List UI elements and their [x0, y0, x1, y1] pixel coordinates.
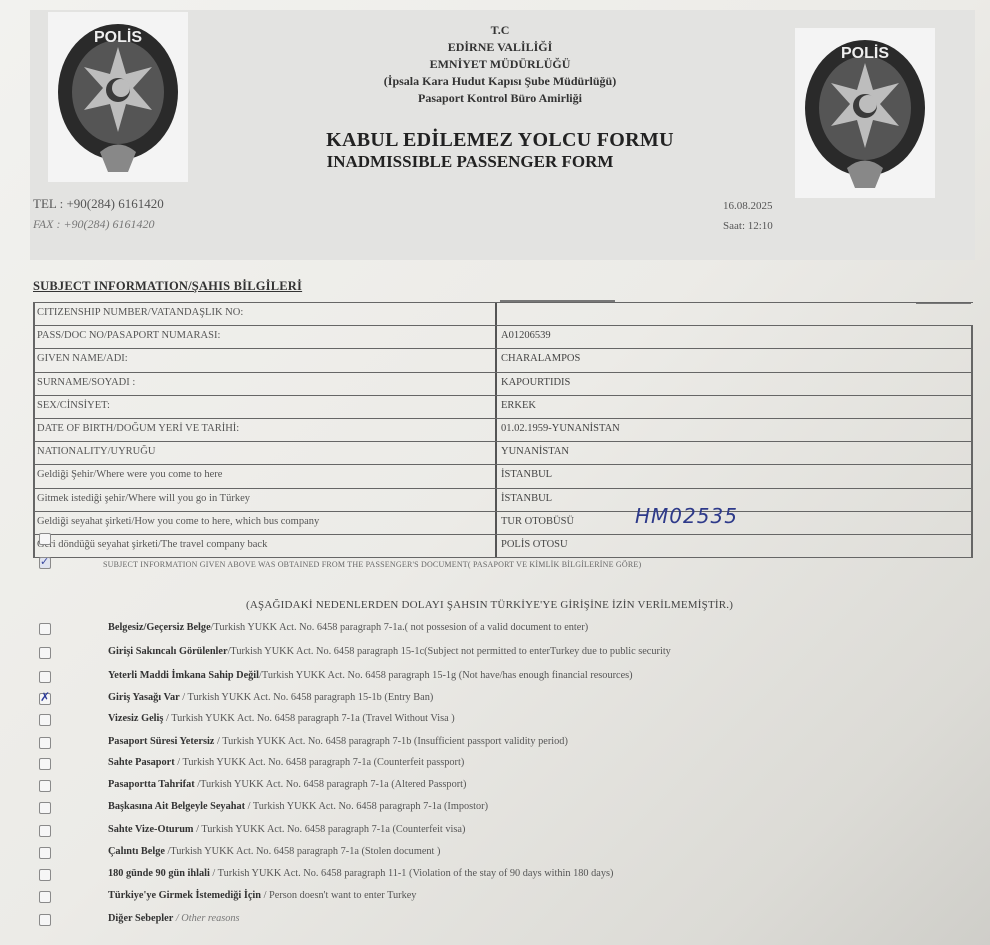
- reason-checkbox[interactable]: [39, 914, 51, 926]
- reason-item: Belgesiz/Geçersiz Belge/Turkish YUKK Act…: [108, 622, 588, 633]
- reason-checkbox[interactable]: [39, 714, 51, 726]
- reason-title: Belgesiz/Geçersiz Belge: [108, 622, 211, 633]
- subject-info-table: CITIZENSHIP NUMBER/VATANDAŞLIK NO:PASS/D…: [33, 302, 973, 558]
- police-badge-icon: POLİS: [48, 12, 188, 182]
- field-label: PASS/DOC NO/PASAPORT NUMARASI:: [35, 326, 497, 348]
- table-row: NATIONALITY/UYRUĞUYUNANİSTAN: [35, 442, 973, 465]
- reason-checkbox[interactable]: [39, 802, 51, 814]
- field-label: Geri döndüğü seyahat şirketi/The travel …: [35, 535, 497, 557]
- reason-title: Girişi Sakıncalı Görülenler: [108, 646, 228, 657]
- reason-item: 180 günde 90 gün ihlali / Turkish YUKK A…: [108, 868, 613, 879]
- form-title-turkish: KABUL EDİLEMEZ YOLCU FORMU: [230, 129, 770, 152]
- table-row: Geldiği seyahat şirketi/How you come to …: [35, 512, 973, 535]
- reason-checkbox[interactable]: [39, 737, 51, 749]
- table-row: Geri döndüğü seyahat şirketi/The travel …: [35, 535, 973, 558]
- reason-legal-basis: / Turkish YUKK Act. No. 6458 paragraph 7…: [163, 713, 454, 724]
- confirm-checkbox[interactable]: [39, 557, 51, 569]
- reason-legal-basis: / Turkish YUKK Act. No. 6458 paragraph 7…: [194, 824, 466, 835]
- contact-info: TEL : +90(284) 6161420 FAX : +90(284) 61…: [33, 193, 164, 235]
- reason-item: Çalıntı Belge /Turkish YUKK Act. No. 645…: [108, 846, 440, 857]
- form-title-english: INADMISSIBLE PASSENGER FORM: [230, 152, 770, 172]
- reason-item: Başkasına Ait Belgeyle Seyahat / Turkish…: [108, 801, 488, 812]
- header-titles: T.C EDİRNE VALİLİĞİ EMNİYET MÜDÜRLÜĞÜ (İ…: [230, 22, 770, 172]
- telephone: TEL : +90(284) 6161420: [33, 193, 164, 214]
- reason-checkbox[interactable]: [39, 891, 51, 903]
- svg-text:POLİS: POLİS: [841, 44, 889, 62]
- field-label: Gitmek istediği şehir/Where will you go …: [35, 489, 497, 511]
- field-label: SEX/CİNSİYET:: [35, 396, 497, 418]
- field-value: ERKEK: [497, 396, 973, 418]
- reason-legal-basis: /Turkish YUKK Act. No. 6458 paragraph 15…: [228, 646, 671, 657]
- reason-item: Diğer Sebepler / Other reasons: [108, 913, 240, 924]
- field-value-text: POLİS OTOSU: [501, 539, 568, 550]
- reason-title: Başkasına Ait Belgeyle Seyahat: [108, 801, 245, 812]
- reason-legal-basis: / Turkish YUKK Act. No. 6458 paragraph 7…: [245, 801, 488, 812]
- field-value-text: KAPOURTIDIS: [501, 377, 570, 388]
- field-value-text: TUR OTOBÜSÜ: [501, 516, 574, 527]
- reason-legal-basis: / Turkish YUKK Act. No. 6458 paragraph 1…: [210, 868, 614, 879]
- field-value: İSTANBUL: [497, 465, 973, 487]
- reasons-heading: (AŞAĞIDAKİ NEDENLERDEN DOLAYI ŞAHSIN TÜR…: [246, 599, 733, 611]
- reason-title: Yeterli Maddi İmkana Sahip Değil: [108, 670, 259, 681]
- reason-item: Giriş Yasağı Var / Turkish YUKK Act. No.…: [108, 692, 433, 703]
- reason-item: Vizesiz Geliş / Turkish YUKK Act. No. 64…: [108, 713, 455, 724]
- field-value: KAPOURTIDIS: [497, 373, 973, 395]
- header-line-police-directorate: EMNİYET MÜDÜRLÜĞÜ: [230, 56, 770, 73]
- reason-legal-basis: / Turkish YUKK Act. No. 6458 paragraph 7…: [175, 757, 465, 768]
- reason-legal-basis: / Turkish YUKK Act. No. 6458 paragraph 7…: [214, 736, 567, 747]
- header-line-tc: T.C: [230, 22, 770, 39]
- field-value-text: 01.02.1959-YUNANİSTAN: [501, 423, 620, 434]
- field-value: TUR OTOBÜSÜHM02535: [497, 512, 973, 534]
- field-value-text: İSTANBUL: [501, 493, 552, 504]
- table-row: Geldiği Şehir/Where were you come to her…: [35, 465, 973, 488]
- reason-checkbox[interactable]: [39, 758, 51, 770]
- reason-title: Vizesiz Geliş: [108, 713, 163, 724]
- reason-title: Türkiye'ye Girmek İstemediği İçin: [108, 890, 261, 901]
- reason-item: Türkiye'ye Girmek İstemediği İçin / Pers…: [108, 890, 416, 901]
- field-label: CITIZENSHIP NUMBER/VATANDAŞLIK NO:: [35, 303, 497, 325]
- reason-checkbox[interactable]: [39, 869, 51, 881]
- reason-checkbox[interactable]: [39, 825, 51, 837]
- date-time: 16.08.2025 Saat: 12:10: [723, 196, 773, 236]
- subject-section-title: SUBJECT INFORMATION/ŞAHIS BİLGİLERİ: [33, 279, 302, 294]
- reason-item: Sahte Pasaport / Turkish YUKK Act. No. 6…: [108, 757, 464, 768]
- reason-checkbox[interactable]: [39, 623, 51, 635]
- reason-title: Pasaport Süresi Yetersiz: [108, 736, 214, 747]
- reason-title: Sahte Pasaport: [108, 757, 175, 768]
- field-value-text: YUNANİSTAN: [501, 446, 569, 457]
- handwritten-bus-plate: HM02535: [635, 506, 738, 526]
- police-badge-icon: POLİS: [795, 28, 935, 198]
- field-label: Geldiği Şehir/Where were you come to her…: [35, 465, 497, 487]
- field-label: DATE OF BIRTH/DOĞUM YERİ VE TARİHİ:: [35, 419, 497, 441]
- reason-title: Diğer Sebepler: [108, 913, 173, 924]
- reason-item: Pasaportta Tahrifat /Turkish YUKK Act. N…: [108, 779, 466, 790]
- blank-checkbox[interactable]: [39, 533, 51, 545]
- reason-legal-basis: /Turkish YUKK Act. No. 6458 paragraph 7-…: [165, 846, 441, 857]
- field-value: CHARALAMPOS: [497, 349, 973, 371]
- reason-checkbox[interactable]: [39, 647, 51, 659]
- reason-legal-basis: / Turkish YUKK Act. No. 6458 paragraph 1…: [180, 692, 434, 703]
- reason-checkbox[interactable]: [39, 847, 51, 859]
- reason-title: Pasaportta Tahrifat: [108, 779, 195, 790]
- header-line-office: Pasaport Kontrol Büro Amirliği: [230, 90, 770, 107]
- field-label: SURNAME/SOYADI :: [35, 373, 497, 395]
- reason-checkbox[interactable]: [39, 780, 51, 792]
- reason-item: Yeterli Maddi İmkana Sahip Değil/Turkish…: [108, 670, 633, 681]
- reason-legal-basis: / Other reasons: [173, 913, 239, 924]
- field-label: Geldiği seyahat şirketi/How you come to …: [35, 512, 497, 534]
- field-label: GIVEN NAME/ADI:: [35, 349, 497, 371]
- field-value-text: İSTANBUL: [501, 469, 552, 480]
- reason-checkbox[interactable]: [39, 671, 51, 683]
- field-value: 01.02.1959-YUNANİSTAN: [497, 419, 973, 441]
- reason-item: Pasaport Süresi Yetersiz / Turkish YUKK …: [108, 736, 568, 747]
- field-value-text: A01206539: [501, 330, 551, 341]
- field-value: POLİS OTOSU: [497, 535, 973, 557]
- fax: FAX : +90(284) 6161420: [33, 214, 164, 235]
- reason-legal-basis: /Turkish YUKK Act. No. 6458 paragraph 7-…: [195, 779, 467, 790]
- police-badge-logo-right: POLİS: [795, 28, 935, 198]
- table-row: SEX/CİNSİYET:ERKEK: [35, 396, 973, 419]
- field-value: A01206539: [497, 326, 973, 348]
- header-line-branch: (İpsala Kara Hudut Kapısı Şube Müdürlüğü…: [230, 73, 770, 90]
- confirm-statement: SUBJECT INFORMATION GIVEN ABOVE WAS OBTA…: [103, 560, 641, 569]
- form-time: Saat: 12:10: [723, 216, 773, 236]
- table-row: GIVEN NAME/ADI:CHARALAMPOS: [35, 349, 973, 372]
- table-row: SURNAME/SOYADI :KAPOURTIDIS: [35, 373, 973, 396]
- table-row: Gitmek istediği şehir/Where will you go …: [35, 489, 973, 512]
- header-line-governorship: EDİRNE VALİLİĞİ: [230, 39, 770, 56]
- reason-checkbox[interactable]: [39, 693, 51, 705]
- svg-text:POLİS: POLİS: [94, 28, 142, 46]
- table-row: CITIZENSHIP NUMBER/VATANDAŞLIK NO:: [35, 302, 973, 326]
- table-row: PASS/DOC NO/PASAPORT NUMARASI:A01206539: [35, 326, 973, 349]
- field-value: YUNANİSTAN: [497, 442, 973, 464]
- reason-item: Girişi Sakıncalı Görülenler/Turkish YUKK…: [108, 646, 671, 657]
- reason-title: Giriş Yasağı Var: [108, 692, 180, 703]
- reason-legal-basis: / Person doesn't want to enter Turkey: [261, 890, 416, 901]
- reason-item: Sahte Vize-Oturum / Turkish YUKK Act. No…: [108, 824, 465, 835]
- reason-legal-basis: /Turkish YUKK Act. No. 6458 paragraph 7-…: [211, 622, 589, 633]
- reason-legal-basis: /Turkish YUKK Act. No. 6458 paragraph 15…: [259, 670, 633, 681]
- field-value: [497, 303, 973, 325]
- field-value-text: ERKEK: [501, 400, 536, 411]
- field-value-text: CHARALAMPOS: [501, 353, 580, 364]
- reason-title: Çalıntı Belge: [108, 846, 165, 857]
- form-date: 16.08.2025: [723, 196, 773, 216]
- reason-title: 180 günde 90 gün ihlali: [108, 868, 210, 879]
- police-badge-logo-left: POLİS: [48, 12, 188, 182]
- reason-title: Sahte Vize-Oturum: [108, 824, 194, 835]
- table-row: DATE OF BIRTH/DOĞUM YERİ VE TARİHİ:01.02…: [35, 419, 973, 442]
- field-label: NATIONALITY/UYRUĞU: [35, 442, 497, 464]
